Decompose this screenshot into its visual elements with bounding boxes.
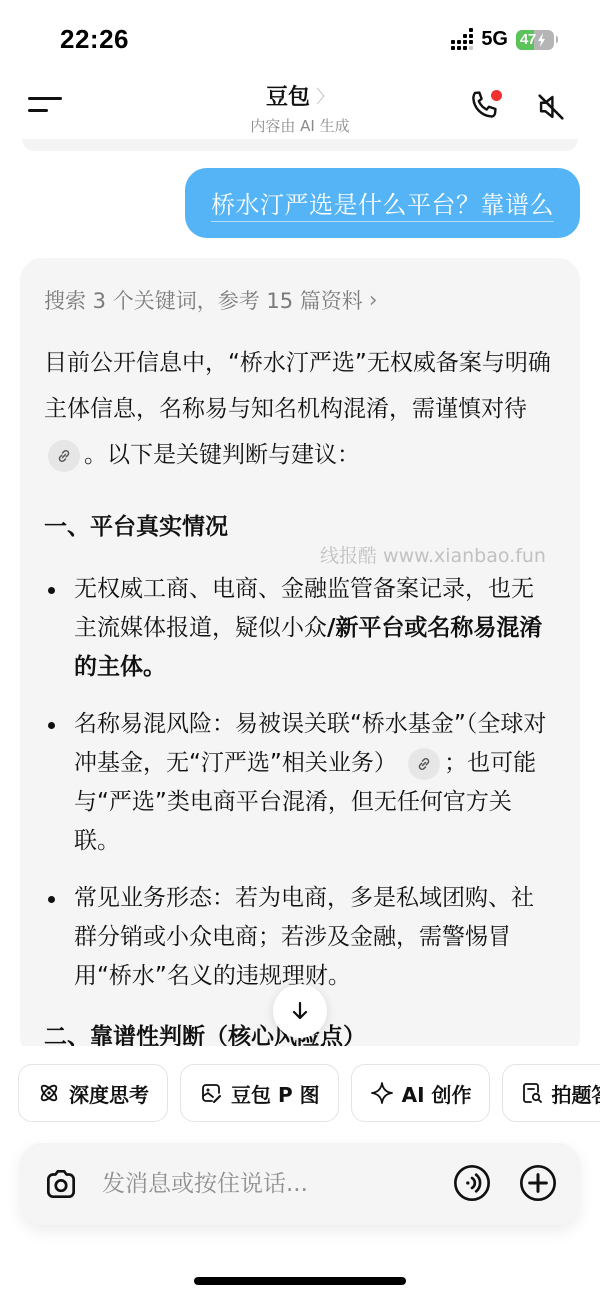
chip-image-edit[interactable]: 豆包 P 图	[180, 1064, 339, 1122]
scroll-to-bottom-button[interactable]	[273, 984, 327, 1038]
voice-call-button[interactable]	[468, 88, 504, 124]
link-icon	[55, 447, 73, 465]
voice-call-icon	[452, 1163, 492, 1203]
chip-photo-question[interactable]: 拍题答疑	[502, 1064, 600, 1122]
chevron-right-icon: ›	[369, 288, 378, 313]
sparkle-icon	[370, 1081, 394, 1105]
add-attachment-button[interactable]	[518, 1163, 558, 1203]
speaker-muted-icon	[534, 90, 568, 124]
findings-list: 无权威工商、电商、金融监管备案记录，也无主流媒体报道，疑似小众/新平台或名称易混…	[44, 570, 556, 996]
link-icon	[415, 755, 433, 773]
chip-label: 拍题答疑	[551, 1079, 600, 1108]
search-summary: 搜索 3 个关键词，参考 15 篇资料	[44, 285, 363, 315]
mute-toggle-button[interactable]	[534, 90, 568, 124]
bullet-text: 常见业务形态：若为电商，多是私域团购、社群分销或小众电商；若涉及金融，需警惕冒用…	[74, 885, 534, 989]
chip-deep-thinking[interactable]: 深度思考	[18, 1064, 168, 1122]
chat-title: 豆包	[266, 80, 310, 111]
charging-bolt-icon	[537, 33, 546, 47]
chevron-right-icon: 〉	[316, 83, 334, 109]
assistant-message-card: 搜索 3 个关键词，参考 15 篇资料 › 目前公开信息中，“桥水汀严选”无权威…	[20, 258, 580, 1058]
status-indicators: 5G 47	[451, 28, 558, 51]
battery-level: 47	[516, 31, 536, 48]
image-edit-icon	[199, 1081, 223, 1105]
user-message-text: 桥水汀严选是什么平台？靠谱么	[211, 185, 554, 222]
quick-actions-bar: 深度思考 豆包 P 图 AI 创作 拍题答疑	[18, 1064, 600, 1122]
message-input[interactable]	[102, 1163, 432, 1205]
intro-text: 目前公开信息中，“桥水汀严选”无权威备案与明确主体信息，名称易与知名机构混淆，需…	[44, 350, 551, 422]
citation-link[interactable]	[408, 748, 440, 780]
arrow-down-icon	[288, 999, 312, 1023]
status-time: 22:26	[60, 24, 129, 55]
camera-icon	[42, 1165, 80, 1203]
plus-icon	[518, 1163, 558, 1203]
signal-strength-icon	[451, 30, 473, 50]
user-message-bubble[interactable]: 桥水汀严选是什么平台？靠谱么	[185, 168, 580, 238]
section-heading: 一、平台真实情况	[44, 504, 556, 550]
list-item: 常见业务形态：若为电商，多是私域团购、社群分销或小众电商；若涉及金融，需警惕冒用…	[44, 879, 556, 996]
previous-card-edge	[22, 139, 578, 151]
chip-label: AI 创作	[402, 1079, 472, 1108]
chip-label: 豆包 P 图	[231, 1079, 320, 1108]
atom-icon	[37, 1081, 61, 1105]
ai-generated-label: 内容由 AI 生成	[0, 115, 600, 136]
list-item: 无权威工商、电商、金融监管备案记录，也无主流媒体报道，疑似小众/新平台或名称易混…	[44, 570, 556, 687]
citation-link[interactable]	[48, 440, 80, 472]
chip-ai-create[interactable]: AI 创作	[351, 1064, 491, 1122]
doc-search-icon	[521, 1081, 543, 1105]
home-indicator[interactable]	[194, 1277, 406, 1285]
battery-icon: 47	[516, 30, 554, 50]
camera-button[interactable]	[42, 1165, 80, 1203]
voice-call-mode-button[interactable]	[452, 1163, 492, 1203]
notification-badge	[491, 90, 502, 101]
intro-text-end: 。以下是关键判断与建议：	[84, 442, 360, 468]
status-bar: 22:26 5G 47	[0, 0, 600, 78]
message-composer	[20, 1143, 580, 1225]
chat-header: 豆包 〉 内容由 AI 生成	[0, 70, 600, 140]
intro-paragraph: 目前公开信息中，“桥水汀严选”无权威备案与明确主体信息，名称易与知名机构混淆，需…	[44, 340, 556, 478]
chip-label: 深度思考	[69, 1079, 149, 1108]
search-references-link[interactable]: 搜索 3 个关键词，参考 15 篇资料 ›	[44, 280, 556, 320]
list-item: 名称易混风险：易被误关联“桥水基金”（全球对冲基金，无“汀严选”相关业务） ；也…	[44, 705, 556, 861]
network-type: 5G	[481, 28, 508, 51]
chat-title-block[interactable]: 豆包 〉 内容由 AI 生成	[0, 80, 600, 136]
